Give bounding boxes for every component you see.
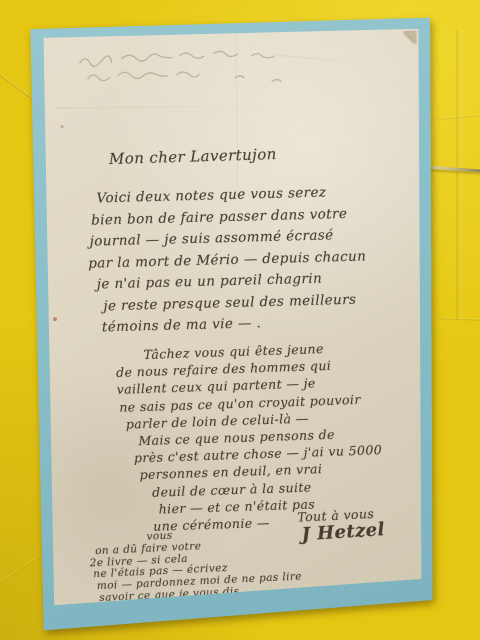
photograph-of-letter: Mon cher Lavertujon Voici deux notes que… [0,0,480,640]
salutation: Mon cher Lavertujon [109,145,277,168]
folded-corner [403,31,416,44]
letter-body-paragraph-1: Voici deux notes que vous serez bien bon… [84,181,368,339]
paper-fold-crease [54,103,404,109]
foxing-spot [53,317,57,321]
foxing-spot [61,125,64,128]
mat-shadow-wrap: Mon cher Lavertujon Voici deux notes que… [0,0,480,640]
postscript: vous on a dû faire votre 2e livre — si c… [86,525,302,606]
letter-paper: Mon cher Lavertujon Voici deux notes que… [43,29,425,606]
blue-mat-sheet: Mon cher Lavertujon Voici deux notes que… [30,18,437,631]
signature: J Hetzel [301,519,385,545]
effaced-pencil-note [72,44,333,95]
